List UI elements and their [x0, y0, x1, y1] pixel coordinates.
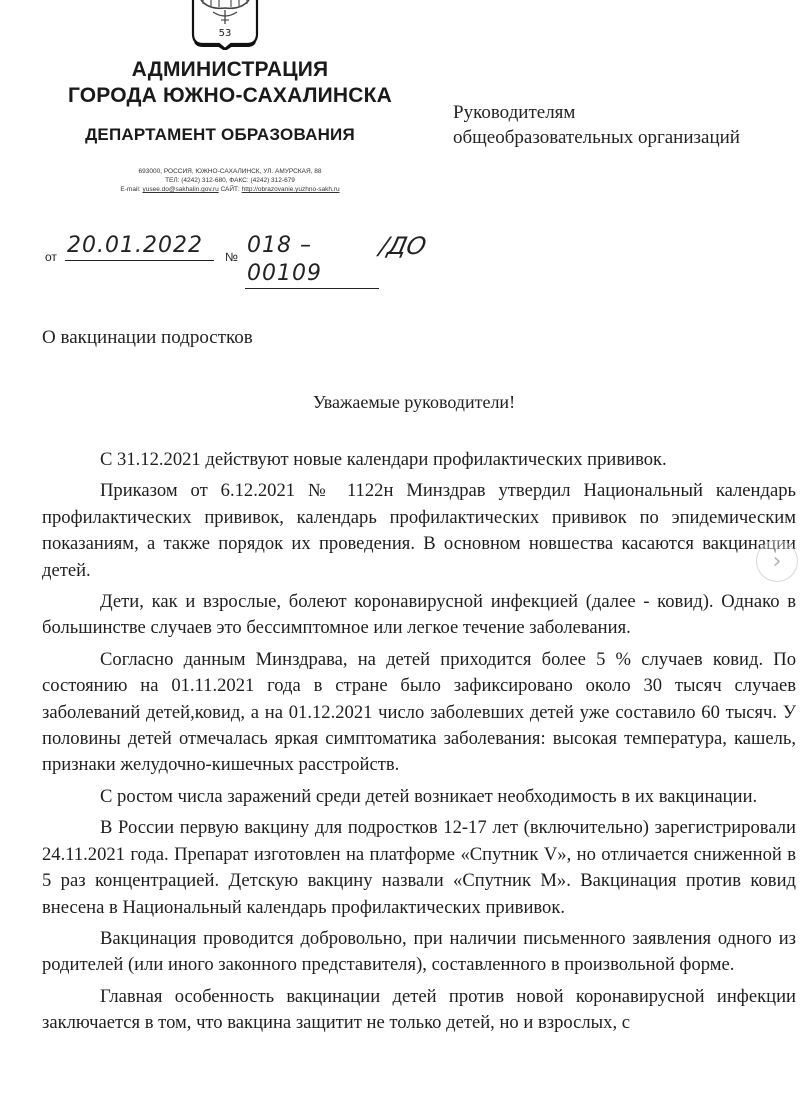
site-label: САЙТ: — [221, 186, 240, 193]
paragraph: В России первую вакцину для подростков 1… — [42, 815, 796, 921]
coat-of-arms-emblem: 53 — [189, 0, 261, 50]
email-link[interactable]: yusee.do@sakhalin.gov.ru — [142, 186, 218, 193]
address-line: 693000, РОССИЯ, ЮЖНО-САХАЛИНСК, УЛ. АМУР… — [60, 167, 400, 176]
letter-subject: О вакцинации подростков — [42, 327, 253, 349]
registration-number: 018 – 00109 — [245, 232, 379, 289]
paragraph: С ростом числа заражений среди детей воз… — [42, 784, 796, 810]
letter-body: С 31.12.2021 действуют новые календари п… — [42, 447, 796, 1042]
paragraph: Вакцинация проводится добровольно, при н… — [42, 926, 796, 979]
recipient-line1: Руководителям — [453, 100, 740, 125]
contacts-line: E-mail: yusee.do@sakhalin.gov.ru САЙТ: h… — [60, 185, 400, 194]
email-label: E-mail: — [120, 186, 140, 193]
next-slide-button[interactable]: › — [756, 540, 798, 582]
paragraph: Дети, как и взрослые, болеют коронавирус… — [42, 589, 796, 642]
org-name-line2: ГОРОДА ЮЖНО-САХАЛИНСКА — [40, 84, 420, 108]
department-name: ДЕПАРТАМЕНТ ОБРАЗОВАНИЯ — [30, 125, 410, 145]
chevron-right-icon: › — [773, 549, 782, 574]
paragraph: Главная особенность вакцинации детей про… — [42, 984, 796, 1037]
salutation: Уважаемые руководители! — [313, 392, 515, 413]
svg-text:53: 53 — [219, 28, 232, 39]
recipient-block: Руководителям общеобразовательных органи… — [453, 100, 740, 150]
letterhead-address: 693000, РОССИЯ, ЮЖНО-САХАЛИНСК, УЛ. АМУР… — [60, 167, 400, 194]
registration-suffix: /ДО — [377, 232, 429, 260]
site-link[interactable]: http://obrazovanie.yuzhno-sakh.ru — [242, 186, 340, 193]
paragraph: С 31.12.2021 действуют новые календари п… — [42, 447, 796, 473]
recipient-line2: общеобразовательных организаций — [453, 125, 740, 150]
number-label: № — [225, 250, 238, 264]
paragraph: Приказом от 6.12.2021 № 1122н Минздрав у… — [42, 478, 796, 584]
phone-fax-line: ТЕЛ: (4242) 312-680, ФАКС: (4242) 312-67… — [60, 176, 400, 185]
org-name-line1: АДМИНИСТРАЦИЯ — [40, 58, 420, 82]
paragraph: Согласно данным Минздрава, на детей прих… — [42, 647, 796, 779]
registration-line: от 20.01.2022 № 018 – 00109 /ДО — [45, 232, 485, 272]
date-label: от — [45, 250, 57, 264]
registration-date: 20.01.2022 — [65, 232, 214, 261]
